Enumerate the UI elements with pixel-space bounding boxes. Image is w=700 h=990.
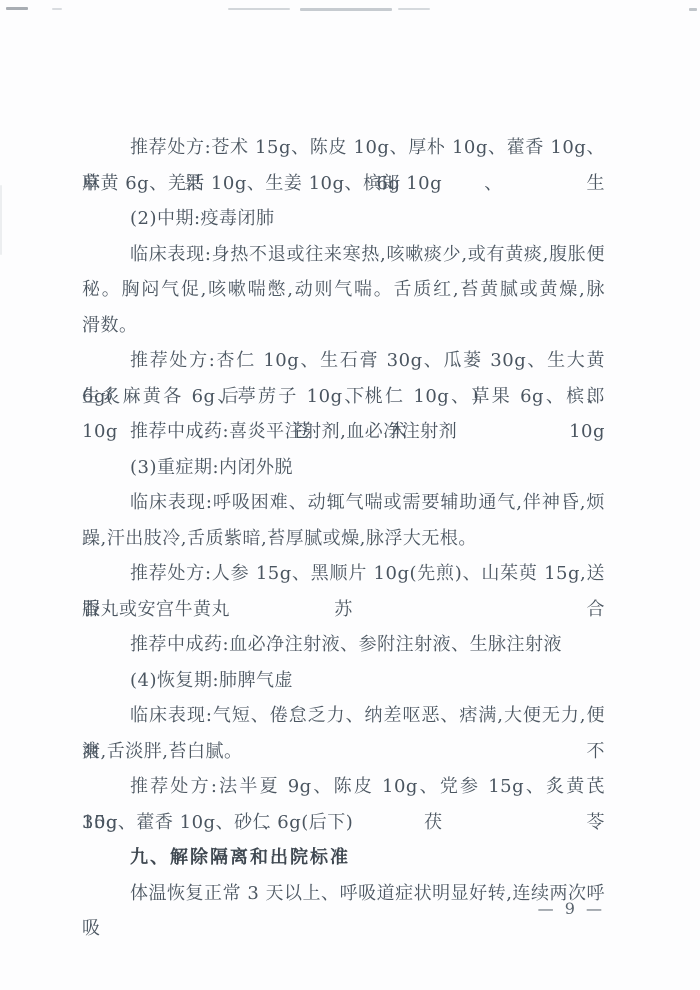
page-number: — 9 — bbox=[538, 899, 605, 919]
section-heading: 九、解除隔离和出院标准 bbox=[82, 840, 605, 876]
scan-artifact bbox=[228, 8, 290, 10]
scan-artifact bbox=[689, 8, 697, 11]
scan-artifact bbox=[300, 8, 392, 11]
text-line: 临床表现:气短、倦怠乏力、纳差呕恶、痞满,大便无力,便溏不 bbox=[82, 698, 605, 734]
text-line: (2)中期:疫毒闭肺 bbox=[82, 201, 605, 237]
text-line: 躁,汗出肢冷,舌质紫暗,苔厚腻或燥,脉浮大无根。 bbox=[82, 521, 605, 557]
text-line: 临床表现:呼吸困难、动辄气喘或需要辅助通气,伴神昏,烦 bbox=[82, 485, 605, 521]
scan-artifact bbox=[398, 8, 430, 10]
text-line: 临床表现:身热不退或往来寒热,咳嗽痰少,或有黄痰,腹胀便 bbox=[82, 237, 605, 273]
text-line: (3)重症期:内闭外脱 bbox=[82, 450, 605, 486]
scan-artifact bbox=[6, 7, 28, 10]
text-line: 生炙麻黄各 6g、葶苈子 10g、桃仁 10g、草果 6g、槟郎 10g、苍术 … bbox=[82, 379, 605, 415]
text-line: 秘。胸闷气促,咳嗽喘憋,动则气喘。舌质红,苔黄腻或黄燥,脉 bbox=[82, 272, 605, 308]
text-line: 推荐处方:苍术 15g、陈皮 10g、厚朴 10g、藿香 10g、草果 6g、生 bbox=[82, 130, 605, 166]
text-line: 推荐中成药:血必净注射液、参附注射液、生脉注射液 bbox=[82, 627, 605, 663]
text-line: 推荐处方:法半夏 9g、陈皮 10g、党参 15g、炙黄芪 30g、茯苓 bbox=[82, 769, 605, 805]
scan-artifact bbox=[52, 8, 62, 10]
text-line: (4)恢复期:肺脾气虚 bbox=[82, 663, 605, 699]
text-line: 推荐处方:人参 15g、黑顺片 10g(先煎)、山茱萸 15g,送服苏合 bbox=[82, 556, 605, 592]
document-page: 推荐处方:苍术 15g、陈皮 10g、厚朴 10g、藿香 10g、草果 6g、生… bbox=[0, 0, 700, 990]
text-line: 推荐处方:杏仁 10g、生石膏 30g、瓜蒌 30g、生大黄 6g(后下)、 bbox=[82, 343, 605, 379]
text-line: 体温恢复正常 3 天以上、呼吸道症状明显好转,连续两次呼吸 bbox=[82, 876, 605, 912]
document-body: 推荐处方:苍术 15g、陈皮 10g、厚朴 10g、藿香 10g、草果 6g、生… bbox=[82, 130, 605, 911]
text-line: 滑数。 bbox=[82, 308, 605, 344]
scan-artifact bbox=[0, 185, 2, 255]
